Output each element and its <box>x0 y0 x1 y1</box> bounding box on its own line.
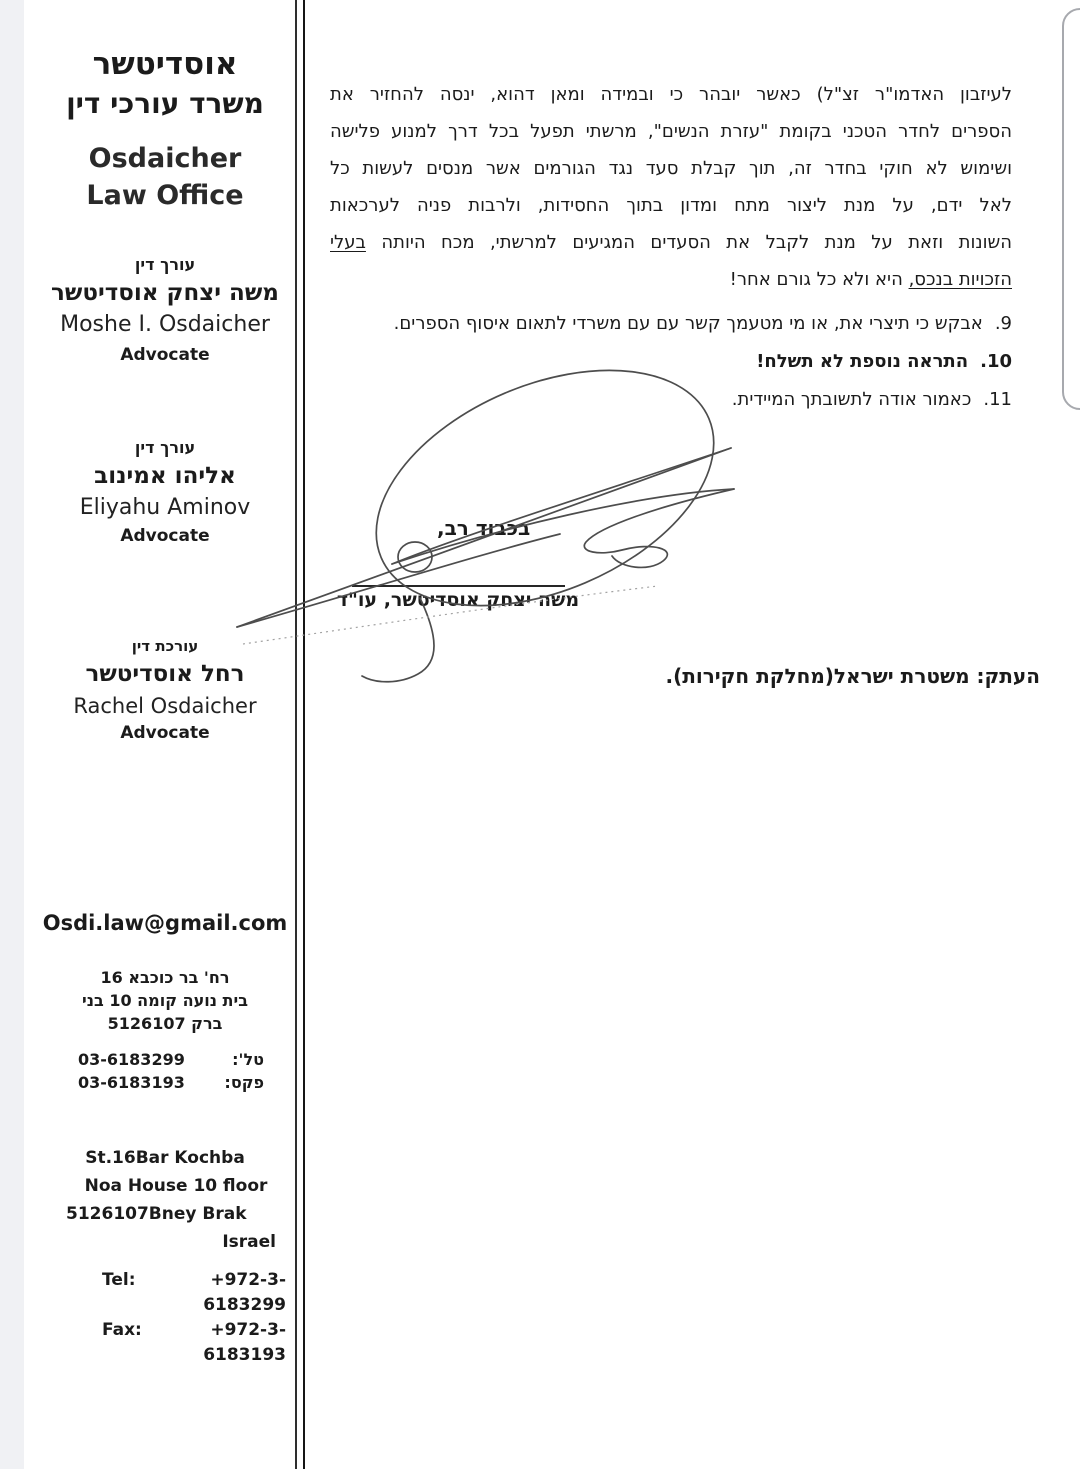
lawyer-name-english: Moshe I. Osdaicher <box>40 310 290 340</box>
lawyer-title: Advocate <box>40 340 290 370</box>
item-text: התראה נוספת לא תשלח! <box>756 351 968 372</box>
phone-label: Tel: <box>102 1268 154 1318</box>
firm-subtitle-english: Law Office <box>40 177 290 214</box>
list-item-11: 11.כאמור אודה לתשובתך המיידית. <box>330 381 1012 419</box>
lawyer-title: Advocate <box>40 523 290 549</box>
phone-label: Fax: <box>102 1318 154 1368</box>
letterhead-divider-line <box>295 0 297 1469</box>
copy-recipient-line: העתק: משטרת ישראל(מחלקת חקירות). <box>665 664 1040 688</box>
phone-label: טל': <box>232 1048 264 1071</box>
phone-row-tel-en: Tel: +972-3-6183299 <box>102 1268 286 1318</box>
lawyer-name-hebrew: אליהו אמינוב <box>40 460 290 493</box>
list-item-9: 9.אבקש כי תיצרי את, או מי מטעמך קשר עם ע… <box>330 305 1012 343</box>
lawyer-block-moshe: עורך דין משה יצחק אוסדיטשר Moshe I. Osda… <box>40 253 290 370</box>
item-number: 10. <box>980 351 1012 372</box>
lawyer-name-english: Eliyahu Aminov <box>40 493 290 523</box>
letter-body: לעיזבון האדמו"ר זצ"ל) כאשר יובהר כי ובמי… <box>330 76 1012 419</box>
firm-name-hebrew: אוסדיטשר <box>40 44 290 84</box>
lawyer-role: עורך דין <box>40 253 290 277</box>
phone-row-tel: טל': 03-6183299 <box>78 1048 264 1071</box>
item-text: אבקש כי תיצרי את, או מי מטעמך קשר עם עם … <box>394 313 983 334</box>
phone-row-fax-en: Fax: +972-3-6183193 <box>102 1318 286 1368</box>
address-english: St.16Bar Kochba Noa House 10 floor 51261… <box>40 1144 290 1256</box>
list-item-10: 10.התראה נוספת לא תשלח! <box>330 343 1012 381</box>
signatory-name: משה יצחק אוסדיטשר, עו"ד <box>336 589 580 611</box>
closing-salutation: בכבוד רב, <box>437 516 530 540</box>
phone-label: פקס: <box>224 1071 264 1094</box>
phone-value: 03-6183299 <box>78 1048 185 1071</box>
lawyer-role: עורכת דין <box>40 634 290 658</box>
lawyer-role: עורך דין <box>40 436 290 460</box>
numbered-items: 9.אבקש כי תיצרי את, או מי מטעמך קשר עם ע… <box>330 305 1012 419</box>
phone-value: +972-3-6183193 <box>154 1318 286 1368</box>
phone-row-fax: פקס: 03-6183193 <box>78 1071 264 1094</box>
lawyer-name-hebrew: רחל אוסדיטשר <box>40 658 290 691</box>
phone-value: 03-6183193 <box>78 1071 185 1094</box>
firm-subtitle-hebrew: משרד עורכי דין <box>40 84 290 124</box>
scrollbar-thumb[interactable] <box>1062 8 1080 410</box>
address-english-line: St.16Bar Kochba <box>40 1144 290 1172</box>
phones-hebrew: טל': 03-6183299 פקס: 03-6183193 <box>40 1048 290 1094</box>
item-number: 11. <box>983 389 1012 410</box>
address-english-line: Israel <box>40 1228 290 1256</box>
firm-email: Osdi.law@gmail.com <box>40 908 290 938</box>
lawyer-title: Advocate <box>40 721 290 745</box>
phones-english: Tel: +972-3-6183299 Fax: +972-3-6183193 <box>40 1268 290 1368</box>
paragraph-line: הספרים לחדר הטכני בקומת "עזרת הנשים", מר… <box>330 113 1012 150</box>
firm-name-english: Osdaicher <box>40 140 290 177</box>
phone-value: +972-3-6183299 <box>154 1268 286 1318</box>
scanned-letter-page: אוסדיטשר משרד עורכי דין Osdaicher Law Of… <box>0 0 1080 1469</box>
signature-rule <box>352 585 565 587</box>
scan-edge-strip <box>0 0 24 1469</box>
paragraph-line: לעיזבון האדמו"ר זצ"ל) כאשר יובהר כי ובמי… <box>330 76 1012 113</box>
address-english-line: Noa House 10 floor <box>40 1172 290 1200</box>
letter-paragraph: לעיזבון האדמו"ר זצ"ל) כאשר יובהר כי ובמי… <box>330 76 1012 298</box>
letterhead-title-block: אוסדיטשר משרד עורכי דין Osdaicher Law Of… <box>40 44 290 214</box>
lawyer-name-english: Rachel Osdaicher <box>40 691 290 721</box>
lawyer-name-hebrew: משה יצחק אוסדיטשר <box>40 277 290 310</box>
paragraph-line: לאל ידם, על מנת ליצור מתח ומדון בתוך החס… <box>330 187 1012 224</box>
address-english-line: 5126107Bney Brak <box>40 1200 290 1228</box>
paragraph-line: ושימוש לא חוקי בחדר זה, תוך קבלת סעד נגד… <box>330 150 1012 187</box>
lawyer-block-rachel: עורכת דין רחל אוסדיטשר Rachel Osdaicher … <box>40 634 290 745</box>
item-number: 9. <box>995 313 1012 334</box>
address-hebrew-line: רח' בר כוכבא 16 <box>40 966 290 989</box>
lawyer-block-eliyahu: עורך דין אליהו אמינוב Eliyahu Aminov Adv… <box>40 436 290 549</box>
address-hebrew: רח' בר כוכבא 16 בית נועה קומה 10 בני ברק… <box>40 966 290 1035</box>
item-text: כאמור אודה לתשובתך המיידית. <box>732 389 972 410</box>
paragraph-line: השונות וזאת על מנת לקבל את הסעדים המגיעי… <box>330 224 1012 261</box>
paragraph-line: הזכויות בנכס, היא ולא כל גורם אחר! <box>330 261 1012 298</box>
letterhead-divider-line <box>303 0 305 1469</box>
address-hebrew-line: ברק 5126107 <box>40 1012 290 1035</box>
address-hebrew-line: בית נועה קומה 10 בני <box>40 989 290 1012</box>
